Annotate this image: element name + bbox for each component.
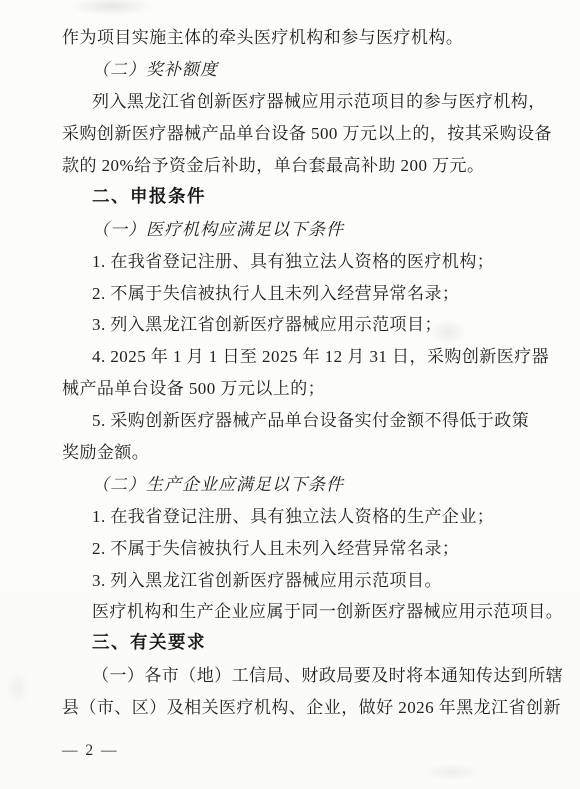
paragraph-line: （一）各市（地）工信局、财政局要及时将本通知传达到所辖 [62,658,524,690]
list-item: 2. 不属于失信被执行人且未列入经营异常名录； [62,530,524,562]
list-item: 4. 2025 年 1 月 1 日至 2025 年 12 月 31 日，采购创新… [62,339,524,371]
list-item: 5. 采购创新医疗器械产品单台设备实付金额不得低于政策 [62,403,524,435]
list-item: 1. 在我省登记注册、具有独立法人资格的医疗机构； [62,243,524,275]
paragraph-line: 奖励金额。 [62,435,524,467]
paragraph-line: 械产品单台设备 500 万元以上的； [62,371,524,403]
section-heading: 二、申报条件 [62,179,524,211]
list-item: 2. 不属于失信被执行人且未列入经营异常名录； [62,275,524,307]
subsection-heading: （一）医疗机构应满足以下条件 [62,211,524,243]
paragraph-line: 医疗机构和生产企业应属于同一创新医疗器械应用示范项目。 [62,594,524,626]
subsection-heading: （二）生产企业应满足以下条件 [62,466,524,498]
document-body: 作为项目实施主体的牵头医疗机构和参与医疗机构。 （二）奖补额度 列入黑龙江省创新… [62,20,524,722]
list-item: 1. 在我省登记注册、具有独立法人资格的生产企业； [62,498,524,530]
section-heading: 三、有关要求 [62,626,524,658]
list-item: 3. 列入黑龙江省创新医疗器械应用示范项目。 [62,562,524,594]
list-item: 3. 列入黑龙江省创新医疗器械应用示范项目； [62,307,524,339]
paragraph-line: 列入黑龙江省创新医疗器械应用示范项目的参与医疗机构， [62,84,524,116]
page-number: — 2 — [62,742,119,760]
paragraph-line: 作为项目实施主体的牵头医疗机构和参与医疗机构。 [62,20,524,52]
paragraph-line: 采购创新医疗器械产品单台设备 500 万元以上的，按其采购设备 [62,116,524,148]
paragraph-line: 县（市、区）及相关医疗机构、企业，做好 2026 年黑龙江省创新 [62,690,524,722]
paragraph-line: 款的 20%给予资金后补助，单台套最高补助 200 万元。 [62,148,524,180]
subsection-heading: （二）奖补额度 [62,52,524,84]
document-page: 作为项目实施主体的牵头医疗机构和参与医疗机构。 （二）奖补额度 列入黑龙江省创新… [0,0,580,789]
